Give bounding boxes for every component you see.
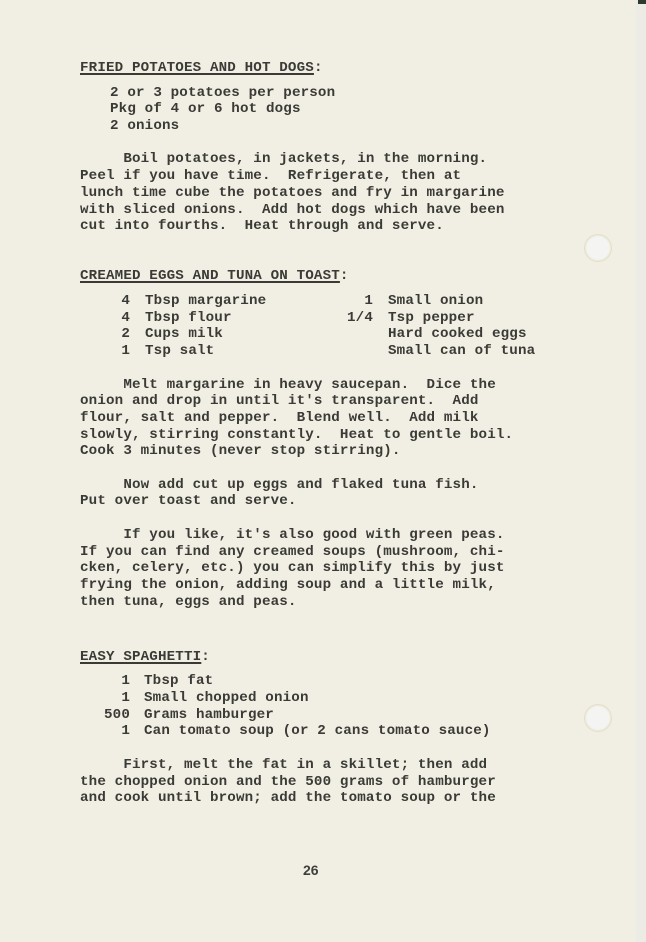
recipe-title: FRIED POTATOES AND HOT DOGS: [80, 60, 580, 77]
recipe-title-colon: : [201, 649, 210, 665]
section-gap [80, 610, 580, 648]
ingredient-item: Tsp pepper [373, 310, 475, 327]
recipe-title-text: FRIED POTATOES AND HOT DOGS [80, 60, 314, 76]
recipe-section: EASY SPAGHETTI:1Tbsp fat1Small chopped o… [80, 610, 580, 807]
ingredient-qty: 4 [116, 310, 130, 327]
paragraph-line: lunch time cube the potatoes and fry in … [80, 185, 580, 202]
paragraph-line: Melt margarine in heavy saucepan. Dice t… [80, 377, 580, 394]
ingredient-row: 500Grams hamburger [86, 707, 580, 724]
paragraph: If you like, it's also good with green p… [80, 527, 580, 611]
ingredient-qty: 1 [335, 293, 373, 310]
paragraph-line: Peel if you have time. Refrigerate, then… [80, 168, 580, 185]
paragraph-line: If you like, it's also good with green p… [80, 527, 580, 544]
paragraph-line: slowly, stirring constantly. Heat to gen… [80, 427, 580, 444]
ingredient-item: Tbsp margarine [130, 293, 335, 310]
paragraph-gap [80, 510, 580, 527]
ingredient-item: Small chopped onion [130, 690, 309, 707]
paragraph-line: onion and drop in until it's transparent… [80, 393, 580, 410]
section-gap [80, 235, 580, 268]
recipe-title-colon: : [340, 268, 349, 284]
recipe-section: FRIED POTATOES AND HOT DOGS:2 or 3 potat… [80, 60, 580, 235]
recipe-title-colon: : [314, 60, 323, 76]
ingredient-qty: 4 [116, 293, 130, 310]
ingredient-item: Grams hamburger [130, 707, 274, 724]
gap [80, 665, 580, 673]
binder-hole [584, 234, 612, 262]
binder-hole [584, 704, 612, 732]
paragraph-line: Cook 3 minutes (never stop stirring). [80, 443, 580, 460]
ingredient-row: 1Can tomato soup (or 2 cans tomato sauce… [86, 723, 580, 740]
paragraph-line: cut into fourths. Heat through and serve… [80, 218, 580, 235]
paragraph-line: and cook until brown; add the tomato sou… [80, 790, 580, 807]
page-number: 26 [303, 862, 319, 878]
ingredient-item: Can tomato soup (or 2 cans tomato sauce) [130, 723, 491, 740]
paragraph: Boil potatoes, in jackets, in the mornin… [80, 151, 580, 235]
paragraph-line: Boil potatoes, in jackets, in the mornin… [80, 151, 580, 168]
paragraph-gap [80, 360, 580, 377]
ingredient-row: 1Tsp saltSmall can of tuna [116, 343, 580, 360]
paragraph-line: then tuna, eggs and peas. [80, 594, 580, 611]
paragraph-line: flour, salt and pepper. Blend well. Add … [80, 410, 580, 427]
ingredient-item: Tbsp flour [130, 310, 335, 327]
ingredient: 2 or 3 potatoes per person [110, 85, 580, 102]
recipe-title: CREAMED EGGS AND TUNA ON TOAST: [80, 268, 580, 285]
ingredient-item: Tsp salt [130, 343, 335, 360]
scan-corner [638, 0, 646, 4]
ingredient-list: 1Tbsp fat1Small chopped onion500Grams ha… [86, 673, 580, 740]
ingredient-item: Tbsp fat [130, 673, 213, 690]
ingredient-qty: 500 [86, 707, 130, 724]
page-edge [636, 0, 646, 942]
paragraph-gap [80, 460, 580, 477]
ingredient-item: Hard cooked eggs [373, 326, 527, 343]
paragraph-line: the chopped onion and the 500 grams of h… [80, 774, 580, 791]
paragraph-line: cken, celery, etc.) you can simplify thi… [80, 560, 580, 577]
recipe-title-text: EASY SPAGHETTI [80, 649, 201, 665]
paragraph-line: Put over toast and serve. [80, 493, 580, 510]
ingredient-row: 4Tbsp flour1/4Tsp pepper [116, 310, 580, 327]
recipe-title-text: CREAMED EGGS AND TUNA ON TOAST [80, 268, 340, 284]
paragraph-line: If you can find any creamed soups (mushr… [80, 544, 580, 561]
ingredient-row: 4Tbsp margarine1Small onion [116, 293, 580, 310]
ingredient-row: 1Small chopped onion [86, 690, 580, 707]
paragraph: Now add cut up eggs and flaked tuna fish… [80, 477, 580, 510]
ingredient: Pkg of 4 or 6 hot dogs [110, 101, 580, 118]
ingredient-item: Small onion [373, 293, 483, 310]
paragraph-line: frying the onion, adding soup and a litt… [80, 577, 580, 594]
ingredient-list: 4Tbsp margarine1Small onion4Tbsp flour1/… [116, 293, 580, 360]
ingredient: 2 onions [110, 118, 580, 135]
ingredient-qty: 1 [116, 343, 130, 360]
ingredient-qty: 1/4 [335, 310, 373, 327]
ingredient-qty: 1 [86, 723, 130, 740]
gap [80, 285, 580, 293]
ingredient-qty: 1 [86, 690, 130, 707]
gap [80, 77, 580, 85]
paragraph-line: Now add cut up eggs and flaked tuna fish… [80, 477, 580, 494]
paragraph-line: First, melt the fat in a skillet; then a… [80, 757, 580, 774]
paragraph-line: with sliced onions. Add hot dogs which h… [80, 202, 580, 219]
paragraph-gap [80, 135, 580, 152]
ingredient-row: 1Tbsp fat [86, 673, 580, 690]
ingredient-item: Cups milk [130, 326, 335, 343]
ingredient-qty: 2 [116, 326, 130, 343]
ingredient-item: Small can of tuna [373, 343, 535, 360]
recipe-section: CREAMED EGGS AND TUNA ON TOAST:4Tbsp mar… [80, 235, 580, 610]
recipe-title: EASY SPAGHETTI: [80, 649, 580, 666]
paragraph: Melt margarine in heavy saucepan. Dice t… [80, 377, 580, 461]
ingredient-list: 2 or 3 potatoes per personPkg of 4 or 6 … [110, 85, 580, 135]
paragraph-gap [80, 740, 580, 757]
ingredient-qty: 1 [86, 673, 130, 690]
ingredient-row: 2Cups milkHard cooked eggs [116, 326, 580, 343]
recipe-text: FRIED POTATOES AND HOT DOGS:2 or 3 potat… [80, 60, 580, 807]
paragraph: First, melt the fat in a skillet; then a… [80, 757, 580, 807]
